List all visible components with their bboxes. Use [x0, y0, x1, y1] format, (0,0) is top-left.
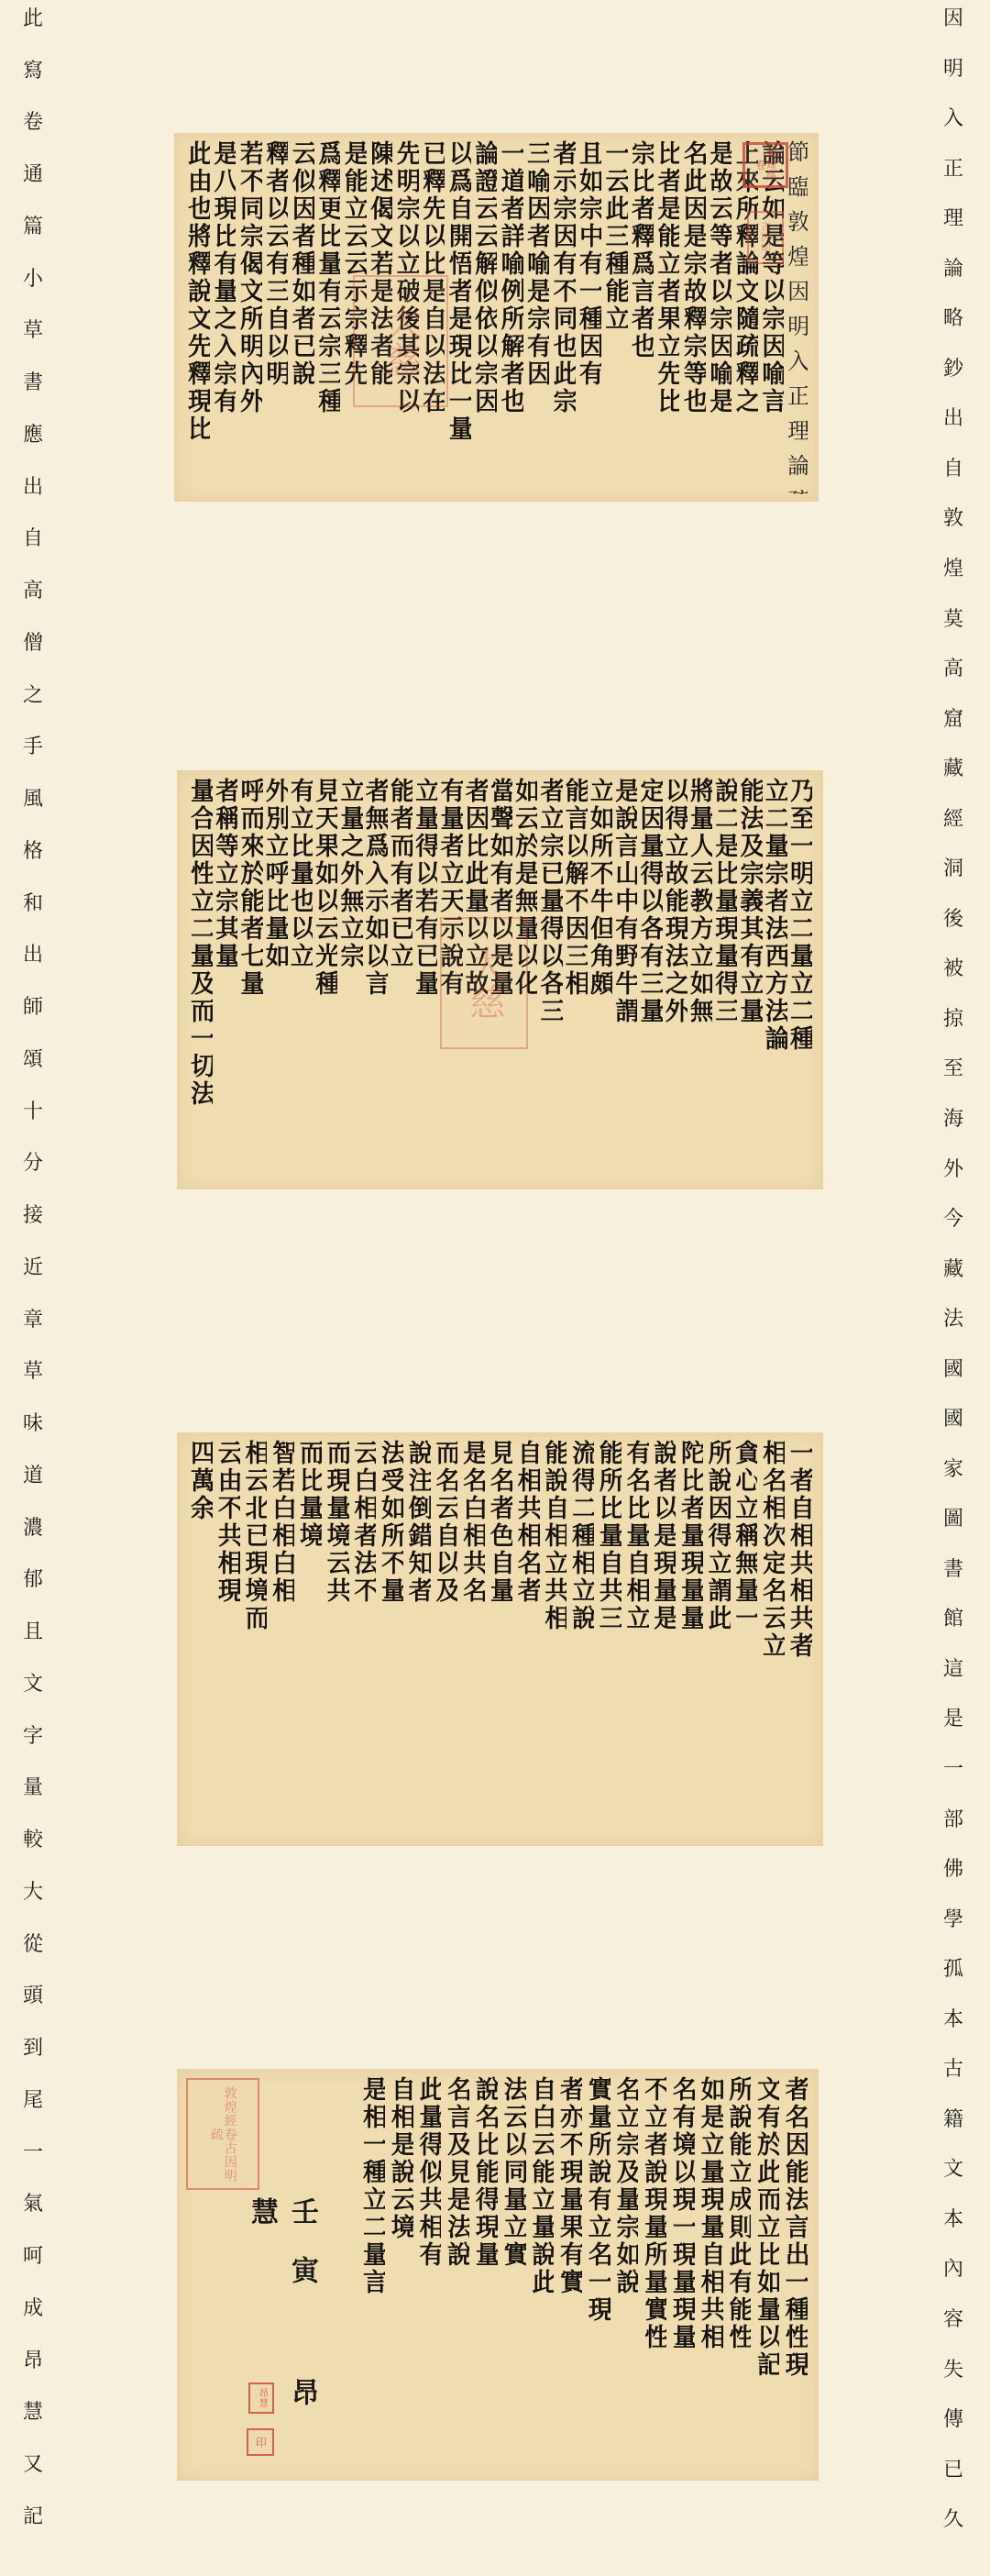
inscription-char: 通: [23, 165, 43, 185]
inscription-char: 應: [23, 426, 43, 446]
calligraphy-column: 外別立呼比量如: [263, 778, 288, 1182]
calligraphy-column: 一云此三種能立: [603, 140, 628, 494]
inscription-char: 較: [23, 1830, 43, 1851]
seal-icon: 大慈: [353, 275, 448, 407]
calligraphy-column: 者立宗已量得以各三: [538, 778, 563, 1182]
calligraphy-column: 是故云等者以宗因喻是: [707, 140, 731, 494]
calligraphy-column: 立量得以若有已量: [412, 778, 437, 1182]
seal-icon: 古因明: [747, 211, 784, 264]
inscription-char: 本: [943, 2010, 963, 2030]
inscription-char: 圖: [943, 1509, 963, 1530]
calligraphy-column: 是相一種立二量言: [360, 2076, 385, 2473]
calligraphy-column: 自白云能立量說此: [529, 2076, 554, 2473]
calligraphy-column: 貪心立稱無量一: [732, 1440, 757, 1839]
calligraphy-column: 一道者詳喻例所解者也: [499, 140, 523, 494]
calligraphy-column: 能法及宗義其有立量: [738, 778, 763, 1182]
calligraphy-column: 名立宗及量宗如說: [613, 2076, 638, 2473]
calligraphy-column: 是說言山中有野牛謂: [612, 778, 637, 1182]
inscription-char: 掠: [943, 1010, 963, 1030]
seal-icon: 敦煌經卷: [742, 142, 788, 188]
calligraphy-column: 相云北已現境而: [242, 1440, 267, 1839]
calligraphy-column: 量合因性立二量及而一切法: [188, 778, 213, 1182]
inscription-char: 學: [943, 1910, 963, 1930]
calligraphy-column: 以爲自開悟者是現比一量: [446, 140, 471, 494]
inscription-char: 傳: [943, 2410, 963, 2430]
inscription-char: 道: [23, 1466, 43, 1487]
inscription-char: 成: [23, 2299, 43, 2319]
calligraphy-column: 說者以是現量是: [651, 1440, 676, 1839]
inscription-char: 手: [23, 737, 43, 757]
calligraphy-column: 云由不共相現: [215, 1440, 240, 1839]
calligraphy-column: 能說自相立共相: [542, 1440, 566, 1839]
seal-icon: 印: [247, 2428, 274, 2456]
inscription-char: 大: [23, 1883, 43, 1903]
inscription-char: 經: [943, 810, 963, 830]
inscription-char: 書: [943, 1560, 963, 1580]
inscription-char: 藏: [943, 1260, 963, 1280]
calligraphy-panel-3: 一者自相共相共者相名相次定名云立貪心立稱無量一所說因得立謂此陀比者量現量量說者以…: [177, 1432, 823, 1846]
inscription-char: 論: [943, 260, 963, 280]
inscription-char: 煌: [943, 559, 963, 580]
inscription-char: 館: [943, 1609, 963, 1630]
inscription-char: 近: [23, 1258, 43, 1278]
inscription-char: 書: [23, 373, 43, 393]
inscription-char: 章: [23, 1310, 43, 1331]
inscription-char: 外: [943, 1160, 963, 1180]
inscription-char: 籍: [943, 2110, 963, 2130]
inscription-char: 佛: [943, 1860, 963, 1880]
calligraphy-column: 自相是說云境: [389, 2076, 413, 2473]
inscription-char: 容: [943, 2310, 963, 2330]
inscription-char: 出: [23, 478, 43, 498]
panel-4-columns: 者名因能法言出一種性現文有於此而立比如量以記所說能立成則此有能性如是立量現量自相…: [360, 2076, 808, 2473]
inscription-char: 篇: [23, 217, 43, 238]
inscription-char: 窟: [943, 710, 963, 730]
calligraphy-column: 上來所釋論文隨疏釋之: [733, 140, 758, 494]
inscription-char: 僧: [23, 634, 43, 654]
calligraphy-column: 若不同宗偈文所明內外: [237, 140, 262, 494]
calligraphy-column: 說二是比量現量得三: [712, 778, 737, 1182]
calligraphy-column: 名言及見是法說: [445, 2076, 469, 2473]
calligraphy-column: 名有境以現一現量現量: [670, 2076, 695, 2473]
inscription-char: 草: [23, 1362, 43, 1382]
inscription-char: 此: [23, 9, 43, 29]
calligraphy-column: 不立者說現量所量實性: [642, 2076, 666, 2473]
calligraphy-column: 說注倒錯知者: [406, 1440, 431, 1839]
calligraphy-column: 法云以同量立實: [501, 2076, 526, 2473]
calligraphy-column: 者名因能法言出一種性現: [783, 2076, 808, 2473]
calligraphy-column: 法受如所不量: [379, 1440, 403, 1839]
inscription-char: 和: [23, 894, 43, 914]
calligraphy-column: 一者自相共相共者: [787, 1440, 812, 1839]
calligraphy-column: 能言以解不因三相: [563, 778, 588, 1182]
calligraphy-column: 文有於此而立比如量以記: [754, 2076, 779, 2473]
inscription-char: 久: [943, 2510, 963, 2530]
panel-3-columns: 一者自相共相共者相名相次定名云立貪心立稱無量一所說因得立謂此陀比者量現量量說者以…: [188, 1440, 812, 1839]
inscription-char: 明: [943, 60, 963, 80]
calligraphy-column: 比者是能立者果立先比: [654, 140, 679, 494]
inscription-char: 洞: [943, 859, 963, 879]
calligraphy-column: 論云如是等以宗因喻言: [759, 140, 784, 494]
inscription-char: 後: [943, 910, 963, 930]
inscription-char: 是: [943, 1709, 963, 1730]
calligraphy-column: 有立比量也以立: [288, 778, 313, 1182]
calligraphy-column: 立量之外無立宗: [338, 778, 363, 1182]
calligraphy-column: 云似因者種如者已說: [290, 140, 314, 494]
inscription-char: 又: [23, 2455, 43, 2475]
inscription-char: 從: [23, 1935, 43, 1955]
calligraphy-column: 是名白相共名: [460, 1440, 485, 1839]
inscription-char: 孤: [943, 1960, 963, 1980]
inscription-char: 十: [23, 1102, 43, 1122]
inscription-char: 分: [23, 1154, 43, 1174]
calligraphy-column: 陀比者量現量量: [678, 1440, 703, 1839]
inscription-char: 一: [23, 2143, 43, 2163]
calligraphy-column: 者無爲入示如以言: [363, 778, 388, 1182]
inscription-char: 內: [943, 2260, 963, 2280]
inscription-char: 莫: [943, 610, 963, 630]
inscription-char: 略: [943, 309, 963, 329]
inscription-char: 記: [23, 2507, 43, 2527]
inscription-char: 郁: [23, 1570, 43, 1590]
inscription-char: 古: [943, 2060, 963, 2080]
inscription-char: 本: [943, 2210, 963, 2230]
calligraphy-column: 是八現比有量之入宗有: [211, 140, 236, 494]
calligraphy-column: 者亦不現量果有實: [557, 2076, 582, 2473]
inscription-char: 正: [943, 160, 963, 180]
inscription-char: 卷: [23, 113, 43, 133]
inscription-char: 草: [23, 321, 43, 341]
calligraphy-column: 立二量宗者法西方法論: [763, 778, 787, 1182]
inscription-char: 高: [23, 581, 43, 602]
calligraphy-column: 將量人云教方立如無: [687, 778, 712, 1182]
calligraphy-column: 釋者以云有三自以明: [263, 140, 288, 494]
calligraphy-column: 能所比量自共三: [597, 1440, 621, 1839]
calligraphy-column: 乃至一明立二量立二種: [787, 778, 812, 1182]
calligraphy-panel-1: 節臨敦煌因明入正理論疏論云如是等以宗因喻言上來所釋論文隨疏釋之是故云等者以宗因喻…: [174, 133, 819, 502]
calligraphy-column: 定因量得以各有三量: [638, 778, 663, 1182]
calligraphy-column: 所說能立成則此有能性: [726, 2076, 751, 2473]
inscription-char: 頌: [23, 1050, 43, 1070]
calligraphy-column: 如是立量現量自相共相: [698, 2076, 723, 2473]
calligraphy-column: 四萬余: [188, 1440, 213, 1839]
inscription-char: 家: [943, 1460, 963, 1480]
calligraphy-column: 見天果如以云光種: [313, 778, 337, 1182]
inscription-char: 入: [943, 109, 963, 129]
inscription-char: 部: [943, 1810, 963, 1830]
inscription-char: 海: [943, 1110, 963, 1130]
inscription-char: 字: [23, 1727, 43, 1747]
inscription-char: 敦: [943, 509, 963, 529]
inscription-char: 被: [943, 959, 963, 979]
inscription-char: 風: [23, 790, 43, 810]
panel-title: 節臨敦煌因明入正理論疏: [786, 140, 808, 494]
calligraphy-column: 者示宗因有不同也此宗: [551, 140, 576, 494]
inscription-char: 文: [23, 1675, 43, 1695]
seal-icon: 昂慧: [248, 2383, 274, 2414]
calligraphy-column: 而名云自以及: [433, 1440, 457, 1839]
inscription-char: 頭: [23, 1986, 43, 2007]
calligraphy-column: 三喻因者喻是宗有因: [524, 140, 549, 494]
inscription-char: 法: [943, 1310, 963, 1330]
calligraphy-column: 能者而有者已立: [388, 778, 412, 1182]
inscription-char: 鈔: [943, 359, 963, 380]
calligraphy-column: 說名比能得現量: [473, 2076, 498, 2473]
inscription-char: 接: [23, 1206, 43, 1226]
calligraphy-column: 此量得似共相有: [416, 2076, 441, 2473]
calligraphy-column: 爲釋更比量有云宗三種: [315, 140, 340, 494]
inscription-char: 失: [943, 2360, 963, 2381]
calligraphy-column: 且如宗中有一種因有: [577, 140, 601, 494]
calligraphy-column: 見名者色自量: [488, 1440, 512, 1839]
inscription-char: 師: [23, 998, 43, 1018]
inscription-char: 慧: [23, 2403, 43, 2423]
inscription-char: 昂: [23, 2351, 43, 2371]
inscription-char: 高: [943, 659, 963, 680]
inscription-char: 文: [943, 2160, 963, 2180]
calligraphy-column: 呼而來於能者七量: [238, 778, 263, 1182]
calligraphy-column: 而比量境: [297, 1440, 322, 1839]
inscription-char: 出: [23, 945, 43, 966]
calligraphy-column: 立如所不牛但角頗: [588, 778, 612, 1182]
inscription-char: 且: [23, 1622, 43, 1642]
seal-icon: 大慈: [440, 917, 528, 1049]
calligraphy-column: 者稱等立宗其量: [213, 778, 237, 1182]
calligraphy-column: 云白相者法不: [351, 1440, 376, 1839]
calligraphy-column: 論證云云解似依以宗因: [472, 140, 497, 494]
inscription-char: 自: [943, 459, 963, 480]
calligraphy-column: 所說因得立謂此: [706, 1440, 731, 1839]
calligraphy-column: 以得立故能現法之外: [663, 778, 687, 1182]
inscription-char: 理: [943, 209, 963, 229]
inscription-char: 量: [23, 1778, 43, 1798]
calligraphy-column: 名此因是宗故釋宗等也: [681, 140, 706, 494]
inscription-char: 小: [23, 270, 43, 290]
calligraphy-column: 實量所說有立名一現: [586, 2076, 610, 2473]
inscription-char: 因: [943, 9, 963, 29]
inscription-char: 已: [943, 2460, 963, 2481]
inscription-char: 氣: [23, 2195, 43, 2215]
calligraphy-column: 有名比量自相立: [624, 1440, 649, 1839]
inscription-char: 寫: [23, 61, 43, 82]
inscription-char: 一: [943, 1760, 963, 1780]
inscription-char: 國: [943, 1360, 963, 1380]
inscription-char: 格: [23, 842, 43, 862]
calligraphy-column: 宗比者釋爲言者也: [629, 140, 654, 494]
inscription-char: 濃: [23, 1519, 43, 1539]
inscription-char: 呵: [23, 2247, 43, 2267]
inscription-char: 今: [943, 1210, 963, 1230]
inscription-char: 藏: [943, 759, 963, 779]
inscription-char: 自: [23, 529, 43, 549]
calligraphy-panel-4: 者名因能法言出一種性現文有於此而立比如量以記所說能立成則此有能性如是立量現量自相…: [177, 2069, 819, 2481]
inscription-char: 國: [943, 1410, 963, 1430]
inscription-char: 味: [23, 1414, 43, 1434]
inscription-char: 至: [943, 1059, 963, 1079]
inscription-char: 這: [943, 1660, 963, 1680]
panel-1-columns: 節臨敦煌因明入正理論疏論云如是等以宗因喻言上來所釋論文隨疏釋之是故云等者以宗因喻…: [185, 140, 808, 494]
calligraphy-column: 相名相次定名云立: [760, 1440, 785, 1839]
seal-icon: 敦煌經卷古因明疏: [186, 2078, 259, 2190]
calligraphy-column: 而現量境云共: [324, 1440, 349, 1839]
inscription-char: 之: [23, 686, 43, 706]
inscription-char: 出: [943, 409, 963, 429]
calligraphy-column: 此由也將釋說文先釋現比: [185, 140, 210, 494]
calligraphy-column: 自相共相名者: [515, 1440, 540, 1839]
calligraphy-column: 流得二種相立說: [569, 1440, 594, 1839]
inscription-char: 到: [23, 2039, 43, 2059]
calligraphy-column: 智若白相白相: [269, 1440, 294, 1839]
inscription-char: 尾: [23, 2091, 43, 2111]
